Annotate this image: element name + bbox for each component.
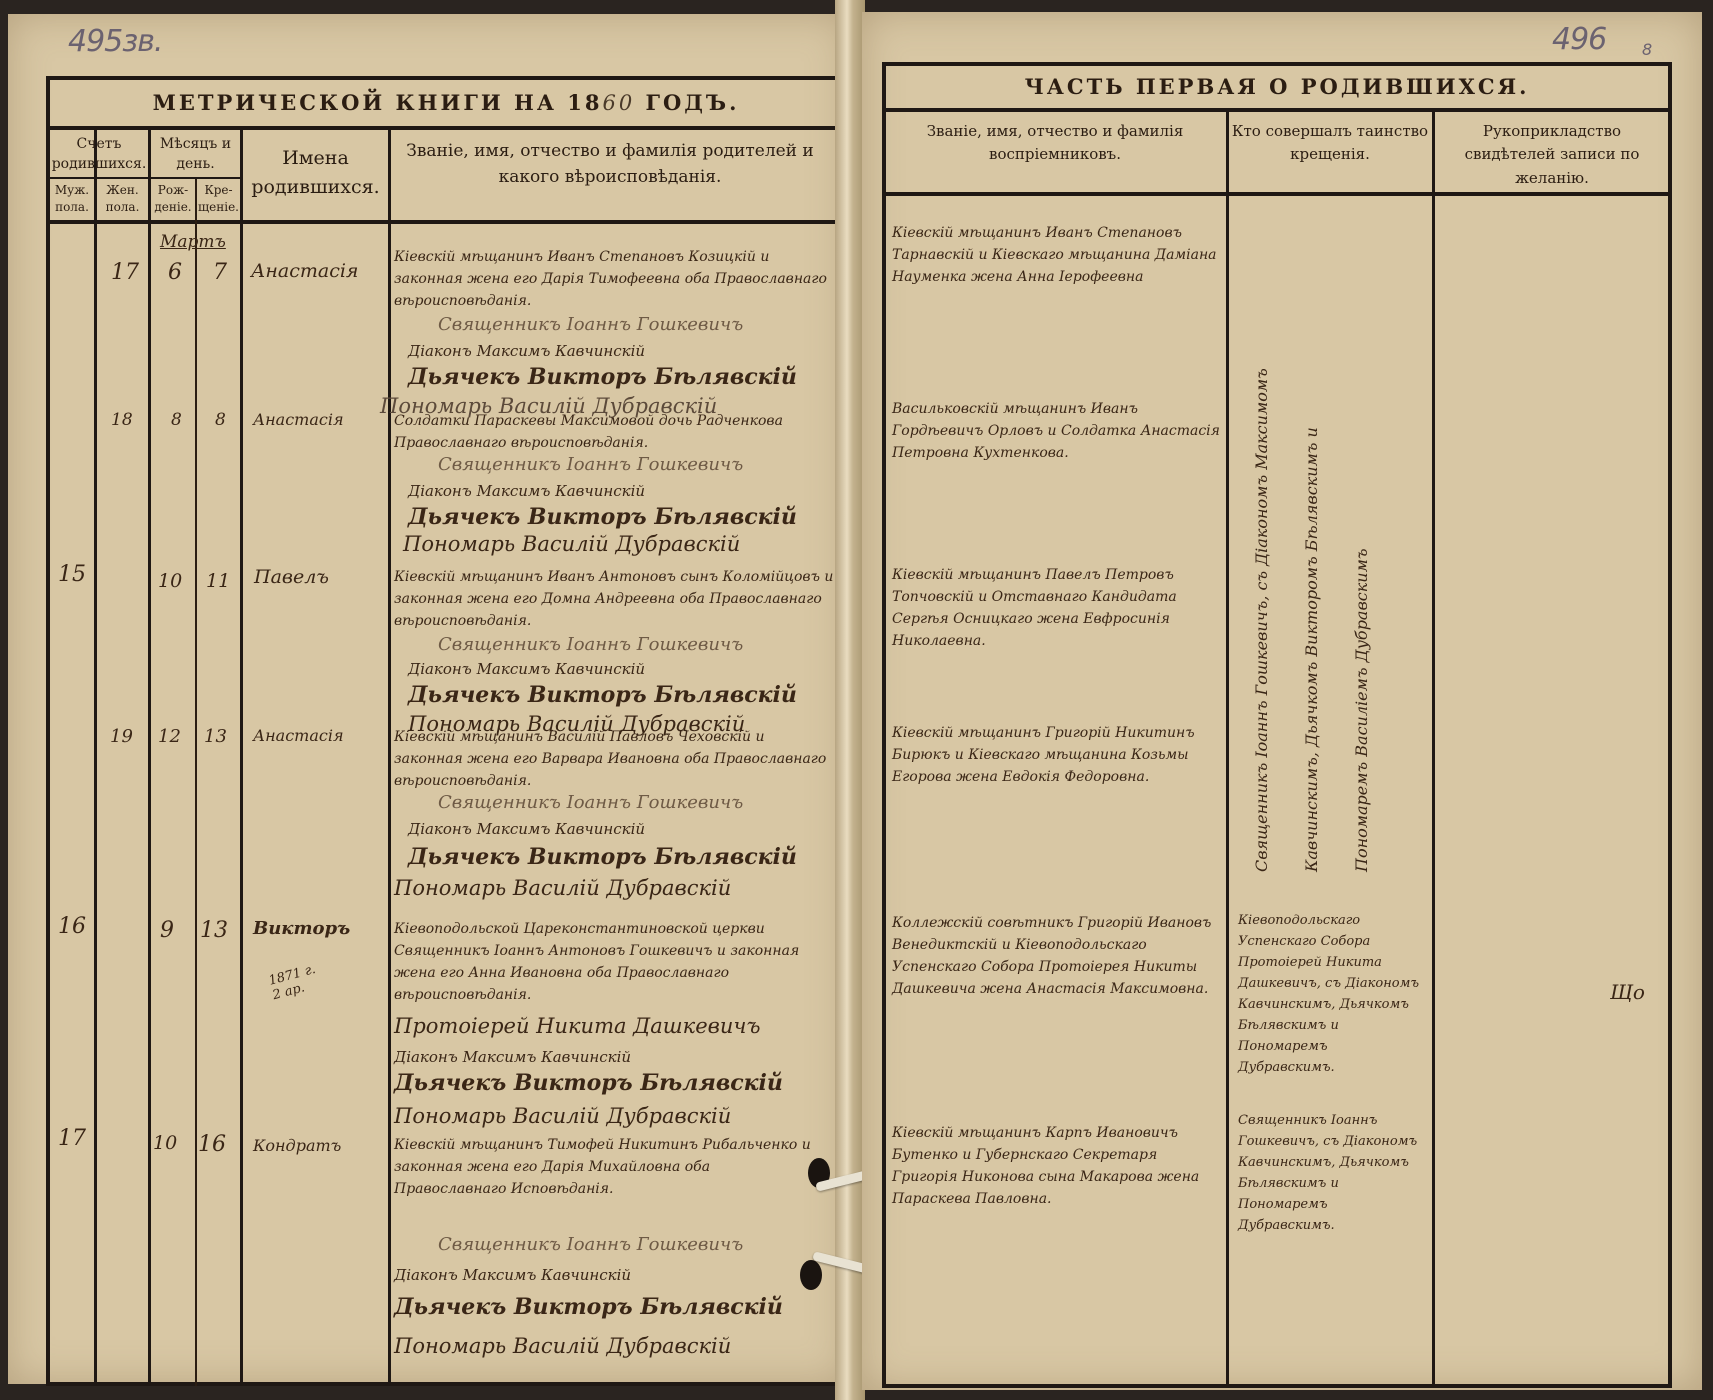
female-count: 18 <box>111 410 133 430</box>
signature-deacon: Діаконъ Максимъ Кавчинскій <box>394 1266 631 1284</box>
header-names: Имена родившихся. <box>243 144 388 201</box>
signature-deacon: Діаконъ Максимъ Кавчинскій <box>408 342 645 360</box>
divider <box>50 220 842 224</box>
performer-note-vertical: Кавчинскимъ, Дьячкомъ Викторомъ Бѣлявски… <box>1302 427 1321 872</box>
child-name: Анастасія <box>253 410 344 429</box>
signature-deacon: Діаконъ Максимъ Кавчинскій <box>408 820 645 838</box>
child-name: Викторъ <box>253 918 350 939</box>
signature-clerk: Дьячекъ Викторъ Бѣлявскій <box>408 682 797 708</box>
parents-text: Кіевскій мѣщанинъ Василій Павловъ Чеховс… <box>394 726 834 792</box>
month-label: Мартъ <box>160 232 226 252</box>
birth-day: 10 <box>153 1132 177 1154</box>
godparents-text: Коллежскій совѣтникъ Григорій Ивановъ Ве… <box>892 912 1222 1000</box>
signature-sexton: Пономарь Василій Дубравскій <box>403 532 740 556</box>
title-suffix: ГОДЪ. <box>635 90 739 115</box>
subheader-divider <box>50 177 240 179</box>
godparents-text: Кіевскій мѣщанинъ Григорій Никитинъ Бирю… <box>892 722 1222 788</box>
signature-priest: Священникъ Іоаннъ Гошкевичъ <box>438 634 743 655</box>
col-divider <box>240 130 243 1386</box>
signature-priest: Священникъ Іоаннъ Гошкевичъ <box>438 1234 743 1255</box>
signature-sexton: Пономарь Василій Дубравскій <box>394 1334 731 1358</box>
performed-by-text: Кіевоподольскаго Успенскаго Собора Прото… <box>1238 910 1428 1078</box>
book-binding <box>835 0 865 1400</box>
godparents-text: Кіевскій мѣщанинъ Карпъ Ивановичъ Бутенк… <box>892 1122 1222 1210</box>
folio-number-left: 495зв. <box>68 24 162 59</box>
col-divider <box>1432 112 1435 1388</box>
child-name: Кондратъ <box>253 1136 341 1155</box>
signature-clerk: Дьячекъ Викторъ Бѣлявскій <box>408 504 797 530</box>
birth-day: 10 <box>158 570 182 592</box>
signature-priest: Священникъ Іоаннъ Гошкевичъ <box>438 314 743 335</box>
divider <box>886 192 1668 196</box>
col-divider <box>148 130 151 1386</box>
signature-clerk: Дьячекъ Викторъ Бѣлявскій <box>394 1294 783 1320</box>
birth-day: 8 <box>171 410 182 430</box>
baptism-day: 13 <box>200 918 228 943</box>
baptism-day: 16 <box>198 1132 226 1157</box>
header-witnesses: Рукоприкладство свидѣтелей записи по жел… <box>1437 120 1667 190</box>
divider <box>50 126 842 130</box>
header-female: Жен. пола. <box>97 182 148 217</box>
divider <box>886 108 1668 112</box>
col-divider <box>1226 112 1229 1388</box>
col-divider <box>388 130 391 1386</box>
godparents-text: Васильковскій мѣщанинъ Иванъ Гордѣевичъ … <box>892 398 1222 464</box>
godparents-text: Кіевскій мѣщанинъ Иванъ Степановъ Тарнав… <box>892 222 1222 288</box>
birth-day: 12 <box>158 726 181 747</box>
left-page: 495зв. МЕТРИЧЕСКОЙ КНИГИ НА 1860 ГОДЪ. С… <box>8 14 848 1384</box>
header-baptism: Кре-щеніе. <box>197 182 240 217</box>
signature-archpriest: Протоіерей Никита Дашкевичъ <box>394 1014 760 1038</box>
male-count: 15 <box>58 562 86 587</box>
child-name: Павелъ <box>254 566 329 588</box>
header-godparents: Званіе, имя, отчество и фамилія воспріем… <box>888 120 1222 167</box>
right-page: 496 8 ЧАСТЬ ПЕРВАЯ О РОДИВШИХСЯ. Званіе,… <box>862 12 1702 1390</box>
child-name: Анастасія <box>251 260 359 282</box>
baptism-day: 7 <box>213 260 227 285</box>
parents-text: Кіевскій мѣщанинъ Иванъ Антоновъ сынъ Ко… <box>394 566 834 632</box>
birth-day: 9 <box>160 918 174 943</box>
header-male: Муж. пола. <box>50 182 94 217</box>
signature-clerk: Дьячекъ Викторъ Бѣлявскій <box>408 364 797 390</box>
male-count: 17 <box>58 1126 86 1151</box>
header-parents: Званіе, имя, отчество и фамилія родителе… <box>400 138 820 191</box>
signature-priest: Священникъ Іоаннъ Гошкевичъ <box>438 454 743 475</box>
signature-clerk: Дьячекъ Викторъ Бѣлявскій <box>394 1070 783 1096</box>
folio-number-right: 496 <box>1552 22 1606 57</box>
baptism-day: 8 <box>215 410 226 430</box>
signature-deacon: Діаконъ Максимъ Кавчинскій <box>408 482 645 500</box>
header-count: Счетъ родившихся. <box>50 134 148 175</box>
signature-clerk: Дьячекъ Викторъ Бѣлявскій <box>408 844 797 870</box>
signature-deacon: Діаконъ Максимъ Кавчинскій <box>394 1048 631 1066</box>
performer-note-vertical: Пономаремъ Василіемъ Дубравскимъ <box>1352 548 1371 872</box>
col-divider <box>94 130 97 1386</box>
binding-hole <box>800 1260 822 1290</box>
birth-day: 6 <box>168 260 182 285</box>
left-page-title: МЕТРИЧЕСКОЙ КНИГИ НА 1860 ГОДЪ. <box>46 90 846 115</box>
performed-by-text: Священникъ Іоаннъ Гошкевичъ, съ Діаконом… <box>1238 1110 1428 1236</box>
col-divider <box>195 179 197 1386</box>
header-birth: Рож-деніе. <box>151 182 195 217</box>
child-name: Анастасія <box>253 726 344 745</box>
right-page-title: ЧАСТЬ ПЕРВАЯ О РОДИВШИХСЯ. <box>882 74 1672 99</box>
godparents-text: Кіевскій мѣщанинъ Павелъ Петровъ Топчовс… <box>892 564 1222 652</box>
signature-deacon: Діаконъ Максимъ Кавчинскій <box>408 660 645 678</box>
female-count: 17 <box>111 260 139 285</box>
male-count: 16 <box>58 914 86 939</box>
parents-text: Кіевскій мѣщанинъ Тимофей Никитинъ Рибал… <box>394 1134 814 1200</box>
parents-text: Солдатки Параскевы Максимовой дочь Радче… <box>394 410 834 454</box>
header-month-day: Мѣсяцъ и день. <box>151 134 240 175</box>
parents-text: Кіевоподольской Цареконстантиновской цер… <box>394 918 834 1006</box>
baptism-day: 11 <box>206 570 230 592</box>
baptism-day: 13 <box>204 726 227 747</box>
female-count: 19 <box>110 726 133 747</box>
signature-sexton: Пономарь Василій Дубравскій <box>394 876 731 900</box>
header-performed-by: Кто совершалъ таинство крещенія. <box>1230 120 1430 167</box>
title-text: МЕТРИЧЕСКОЙ КНИГИ НА 18 <box>153 90 603 115</box>
parents-text: Кіевскій мѣщанинъ Иванъ Степановъ Козицк… <box>394 246 834 312</box>
title-year-handwritten: 60 <box>602 91 635 115</box>
performer-note-vertical: Священникъ Іоаннъ Гошкевичъ, съ Діаконом… <box>1252 368 1271 872</box>
folio-extra: 8 <box>1642 40 1651 59</box>
witness-mark: Що <box>1610 980 1645 1004</box>
signature-sexton: Пономарь Василій Дубравскій <box>394 1104 731 1128</box>
signature-priest: Священникъ Іоаннъ Гошкевичъ <box>438 792 743 813</box>
